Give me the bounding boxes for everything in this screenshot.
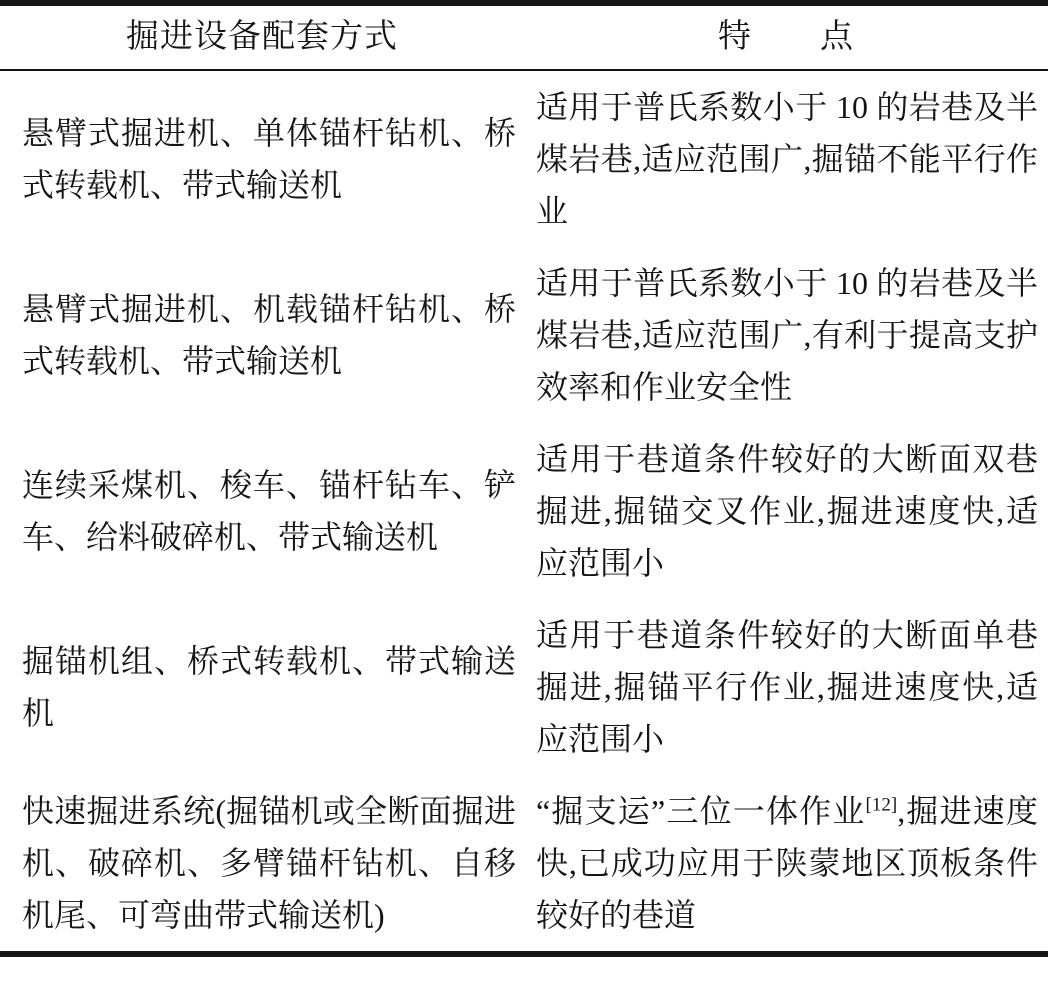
table-row: 快速掘进系统(掘锚机或全断面掘进机、破碎机、多臂锚杆钻机、自移机尾、可弯曲带式输… bbox=[0, 775, 1048, 954]
table-row: 连续采煤机、梭车、锚杆钻车、铲车、给料破碎机、带式输送机适用于巷道条件较好的大断… bbox=[0, 423, 1048, 599]
feature-text: 适用于巷道条件较好的大断面双巷掘进,掘锚交叉作业,掘进速度快,适应范围小 bbox=[536, 441, 1038, 581]
table-row: 掘锚机组、桥式转载机、带式输送机适用于巷道条件较好的大断面单巷掘进,掘锚平行作业… bbox=[0, 599, 1048, 775]
header-row: 掘进设备配套方式 特 点 bbox=[0, 3, 1048, 70]
table-row: 悬臂式掘进机、机载锚杆钻机、桥式转载机、带式输送机适用于普氏系数小于 10 的岩… bbox=[0, 247, 1048, 423]
feature-cell: 适用于普氏系数小于 10 的岩巷及半煤岩巷,适应范围广,掘锚不能平行作业 bbox=[524, 70, 1048, 247]
method-cell: 悬臂式掘进机、机载锚杆钻机、桥式转载机、带式输送机 bbox=[0, 247, 524, 423]
feature-cell: 适用于巷道条件较好的大断面单巷掘进,掘锚平行作业,掘进速度快,适应范围小 bbox=[524, 599, 1048, 775]
feature-text: 适用于巷道条件较好的大断面单巷掘进,掘锚平行作业,掘进速度快,适应范围小 bbox=[536, 617, 1038, 757]
table-row: 悬臂式掘进机、单体锚杆钻机、桥式转载机、带式输送机适用于普氏系数小于 10 的岩… bbox=[0, 70, 1048, 247]
equipment-matching-table: 掘进设备配套方式 特 点 悬臂式掘进机、单体锚杆钻机、桥式转载机、带式输送机适用… bbox=[0, 0, 1048, 957]
method-cell: 悬臂式掘进机、单体锚杆钻机、桥式转载机、带式输送机 bbox=[0, 70, 524, 247]
feature-text: 适用于普氏系数小于 10 的岩巷及半煤岩巷,适应范围广,掘锚不能平行作业 bbox=[536, 89, 1038, 229]
feature-cell: “掘支运”三位一体作业[12],掘进速度快,已成功应用于陕蒙地区顶板条件较好的巷… bbox=[524, 775, 1048, 954]
header-method: 掘进设备配套方式 bbox=[0, 3, 524, 70]
citation-superscript: [12] bbox=[866, 794, 898, 815]
table-header: 掘进设备配套方式 特 点 bbox=[0, 3, 1048, 70]
method-cell: 掘锚机组、桥式转载机、带式输送机 bbox=[0, 599, 524, 775]
feature-cell: 适用于巷道条件较好的大断面双巷掘进,掘锚交叉作业,掘进速度快,适应范围小 bbox=[524, 423, 1048, 599]
feature-text: “掘支运”三位一体作业 bbox=[536, 793, 866, 829]
table-body: 悬臂式掘进机、单体锚杆钻机、桥式转载机、带式输送机适用于普氏系数小于 10 的岩… bbox=[0, 70, 1048, 954]
feature-cell: 适用于普氏系数小于 10 的岩巷及半煤岩巷,适应范围广,有利于提高支护效率和作业… bbox=[524, 247, 1048, 423]
feature-text: 适用于普氏系数小于 10 的岩巷及半煤岩巷,适应范围广,有利于提高支护效率和作业… bbox=[536, 265, 1038, 405]
method-cell: 快速掘进系统(掘锚机或全断面掘进机、破碎机、多臂锚杆钻机、自移机尾、可弯曲带式输… bbox=[0, 775, 524, 954]
method-cell: 连续采煤机、梭车、锚杆钻车、铲车、给料破碎机、带式输送机 bbox=[0, 423, 524, 599]
header-feature: 特 点 bbox=[524, 3, 1048, 70]
